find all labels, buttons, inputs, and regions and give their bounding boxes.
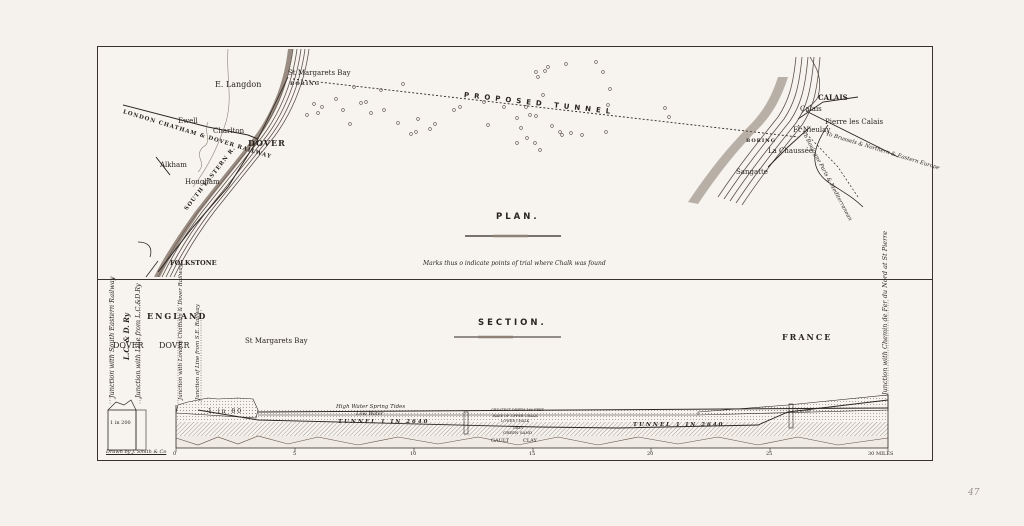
section-title: SECTION. [478,318,547,328]
note-junction-line-lcdr: Junction with Line from L.C.&D.Ry [134,283,142,398]
strata-green-sand: GREEN SAND [503,430,532,435]
strata-clay: CLAY [523,438,537,444]
plan-title: PLAN. [496,212,540,222]
place-la-chaussee: La Chaussée [768,147,813,155]
page-mark: 47 [968,488,979,498]
section-panel: SECTION. ENGLAND FRANCE DOVER DOVER St M… [97,279,933,461]
label-france: FRANCE [782,332,832,342]
note-lcd-ry: L.C. & D. Ry [122,313,131,360]
place-ft-nieulay: Ft Nieulay [793,126,830,134]
high-water-label: High Water Spring Tides [336,404,405,410]
place-calais: Calais [800,105,822,113]
right-gradient: 1 in 80 [796,408,810,413]
scale-box-label: 1 in 200 [110,420,131,426]
place-alkham: Alkham [160,161,187,169]
plan-panel: E. Langdon St Margarets Bay BORING Ewell… [97,46,933,280]
gradient-1-in-80: 1 in 80 [208,408,243,415]
note-junction-lcdr: Junction with London Chatham & Dover Rai… [178,264,184,400]
strata-gault: GAULT [491,438,509,444]
mile-tick-30: 30 MILES [868,451,893,457]
place-dover: DOVER [248,138,286,148]
tunnel-right-label: TUNNEL 1 IN 2640 [633,422,724,428]
label-st-margarets-bay: St Margarets Bay [245,337,308,345]
engraver-credit: Drawn by J. Smith & Co [106,449,166,455]
mile-tick-5: 5 [293,451,296,457]
depth-note-3: LOWER CHALK [501,419,529,423]
place-charlton: Charlton [213,127,244,135]
mile-tick-15: 15 [529,451,535,457]
tunnel-left-label: TUNNEL 1 IN 2640 [338,419,429,425]
place-calais-upper: CALAIS [818,93,848,102]
place-pierre-les-calais: Pierre les Calais [825,118,883,126]
label-dover-right: DOVER [159,341,189,350]
mile-tick-25: 25 [766,451,772,457]
place-sangatte: Sangatte [736,168,768,176]
mile-tick-20: 20 [647,451,653,457]
depth-note-2: BASE OF UPPER CHALK [493,414,538,418]
mile-tick-0: 0 [173,451,176,457]
note-junction-ser: Junction with South Eastern Railway [108,277,116,398]
note-junction-ser-line: Junction of Line from S.E. Railway [195,304,201,400]
mile-tick-10: 10 [410,451,416,457]
depth-note-1: GREATEST DEPTH 180 FEET [491,408,544,412]
place-e-langdon: E. Langdon [215,80,261,89]
place-st-margarets-bay: St Margarets Bay [288,69,351,77]
plan-legend: Marks thus o indicate points of trial wh… [423,260,606,267]
place-folkstone: FOLKSTONE [170,259,217,267]
place-ewell: Ewell [178,117,198,125]
place-boring-france: BORING [746,138,776,144]
low-water-label: Low Water [356,411,383,417]
place-boring-england: BORING [290,81,320,87]
note-france-junction: Junction with Chemin de Fer du Nord at S… [881,231,889,395]
